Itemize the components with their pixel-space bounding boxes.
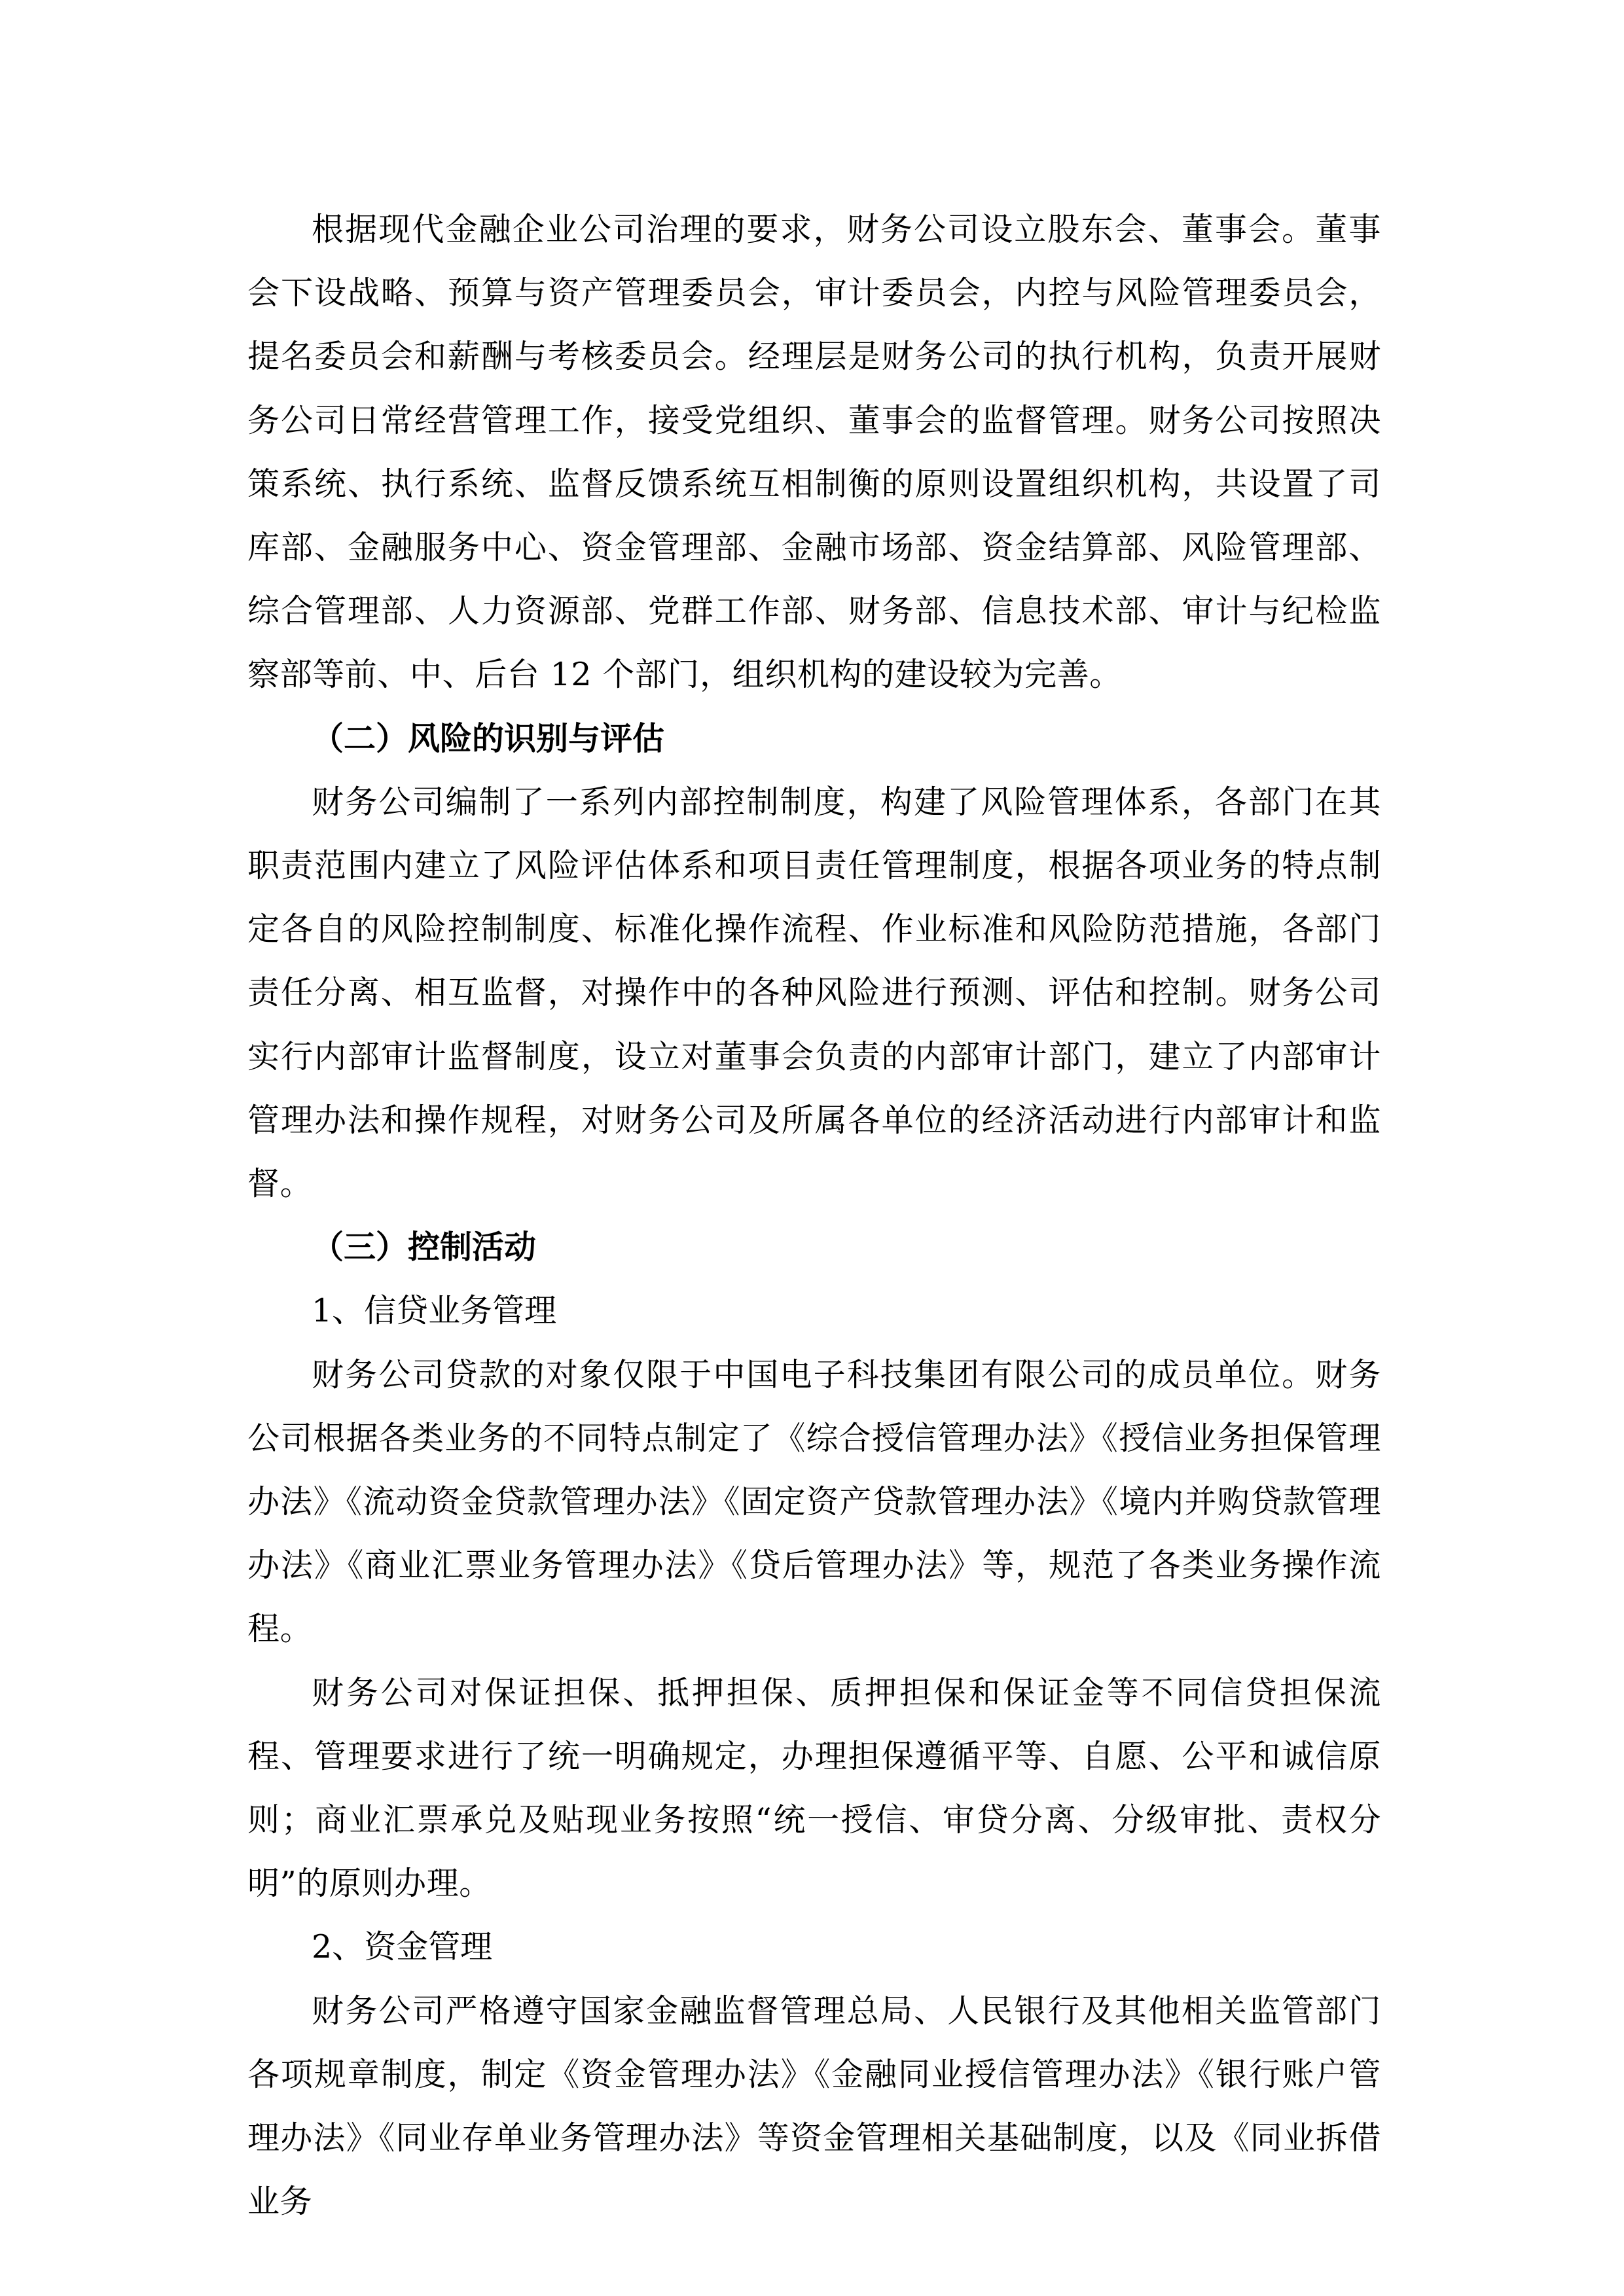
subheading-fund-management: 2、资金管理	[247, 1915, 1381, 1979]
section-heading-risk-identification: （二）风险的识别与评估	[247, 707, 1381, 770]
paragraph-risk-assessment: 财务公司编制了一系列内部控制制度，构建了风险管理体系，各部门在其职责范围内建立了…	[247, 770, 1381, 1215]
paragraph-loan-policies: 财务公司贷款的对象仅限于中国电子科技集团有限公司的成员单位。财务公司根据各类业务…	[247, 1343, 1381, 1661]
paragraph-corporate-governance: 根据现代金融企业公司治理的要求，财务公司设立股东会、董事会。董事会下设战略、预算…	[247, 198, 1381, 707]
paragraph-fund-regulations: 财务公司严格遵守国家金融监督管理总局、人民银行及其他相关监管部门各项规章制度，制…	[247, 1979, 1381, 2234]
subheading-credit-management: 1、信贷业务管理	[247, 1279, 1381, 1342]
paragraph-guarantee-rules: 财务公司对保证担保、抵押担保、质押担保和保证金等不同信贷担保流程、管理要求进行了…	[247, 1661, 1381, 1916]
section-heading-control-activities: （三）控制活动	[247, 1215, 1381, 1279]
document-page: 根据现代金融企业公司治理的要求，财务公司设立股东会、董事会。董事会下设战略、预算…	[247, 198, 1381, 2234]
